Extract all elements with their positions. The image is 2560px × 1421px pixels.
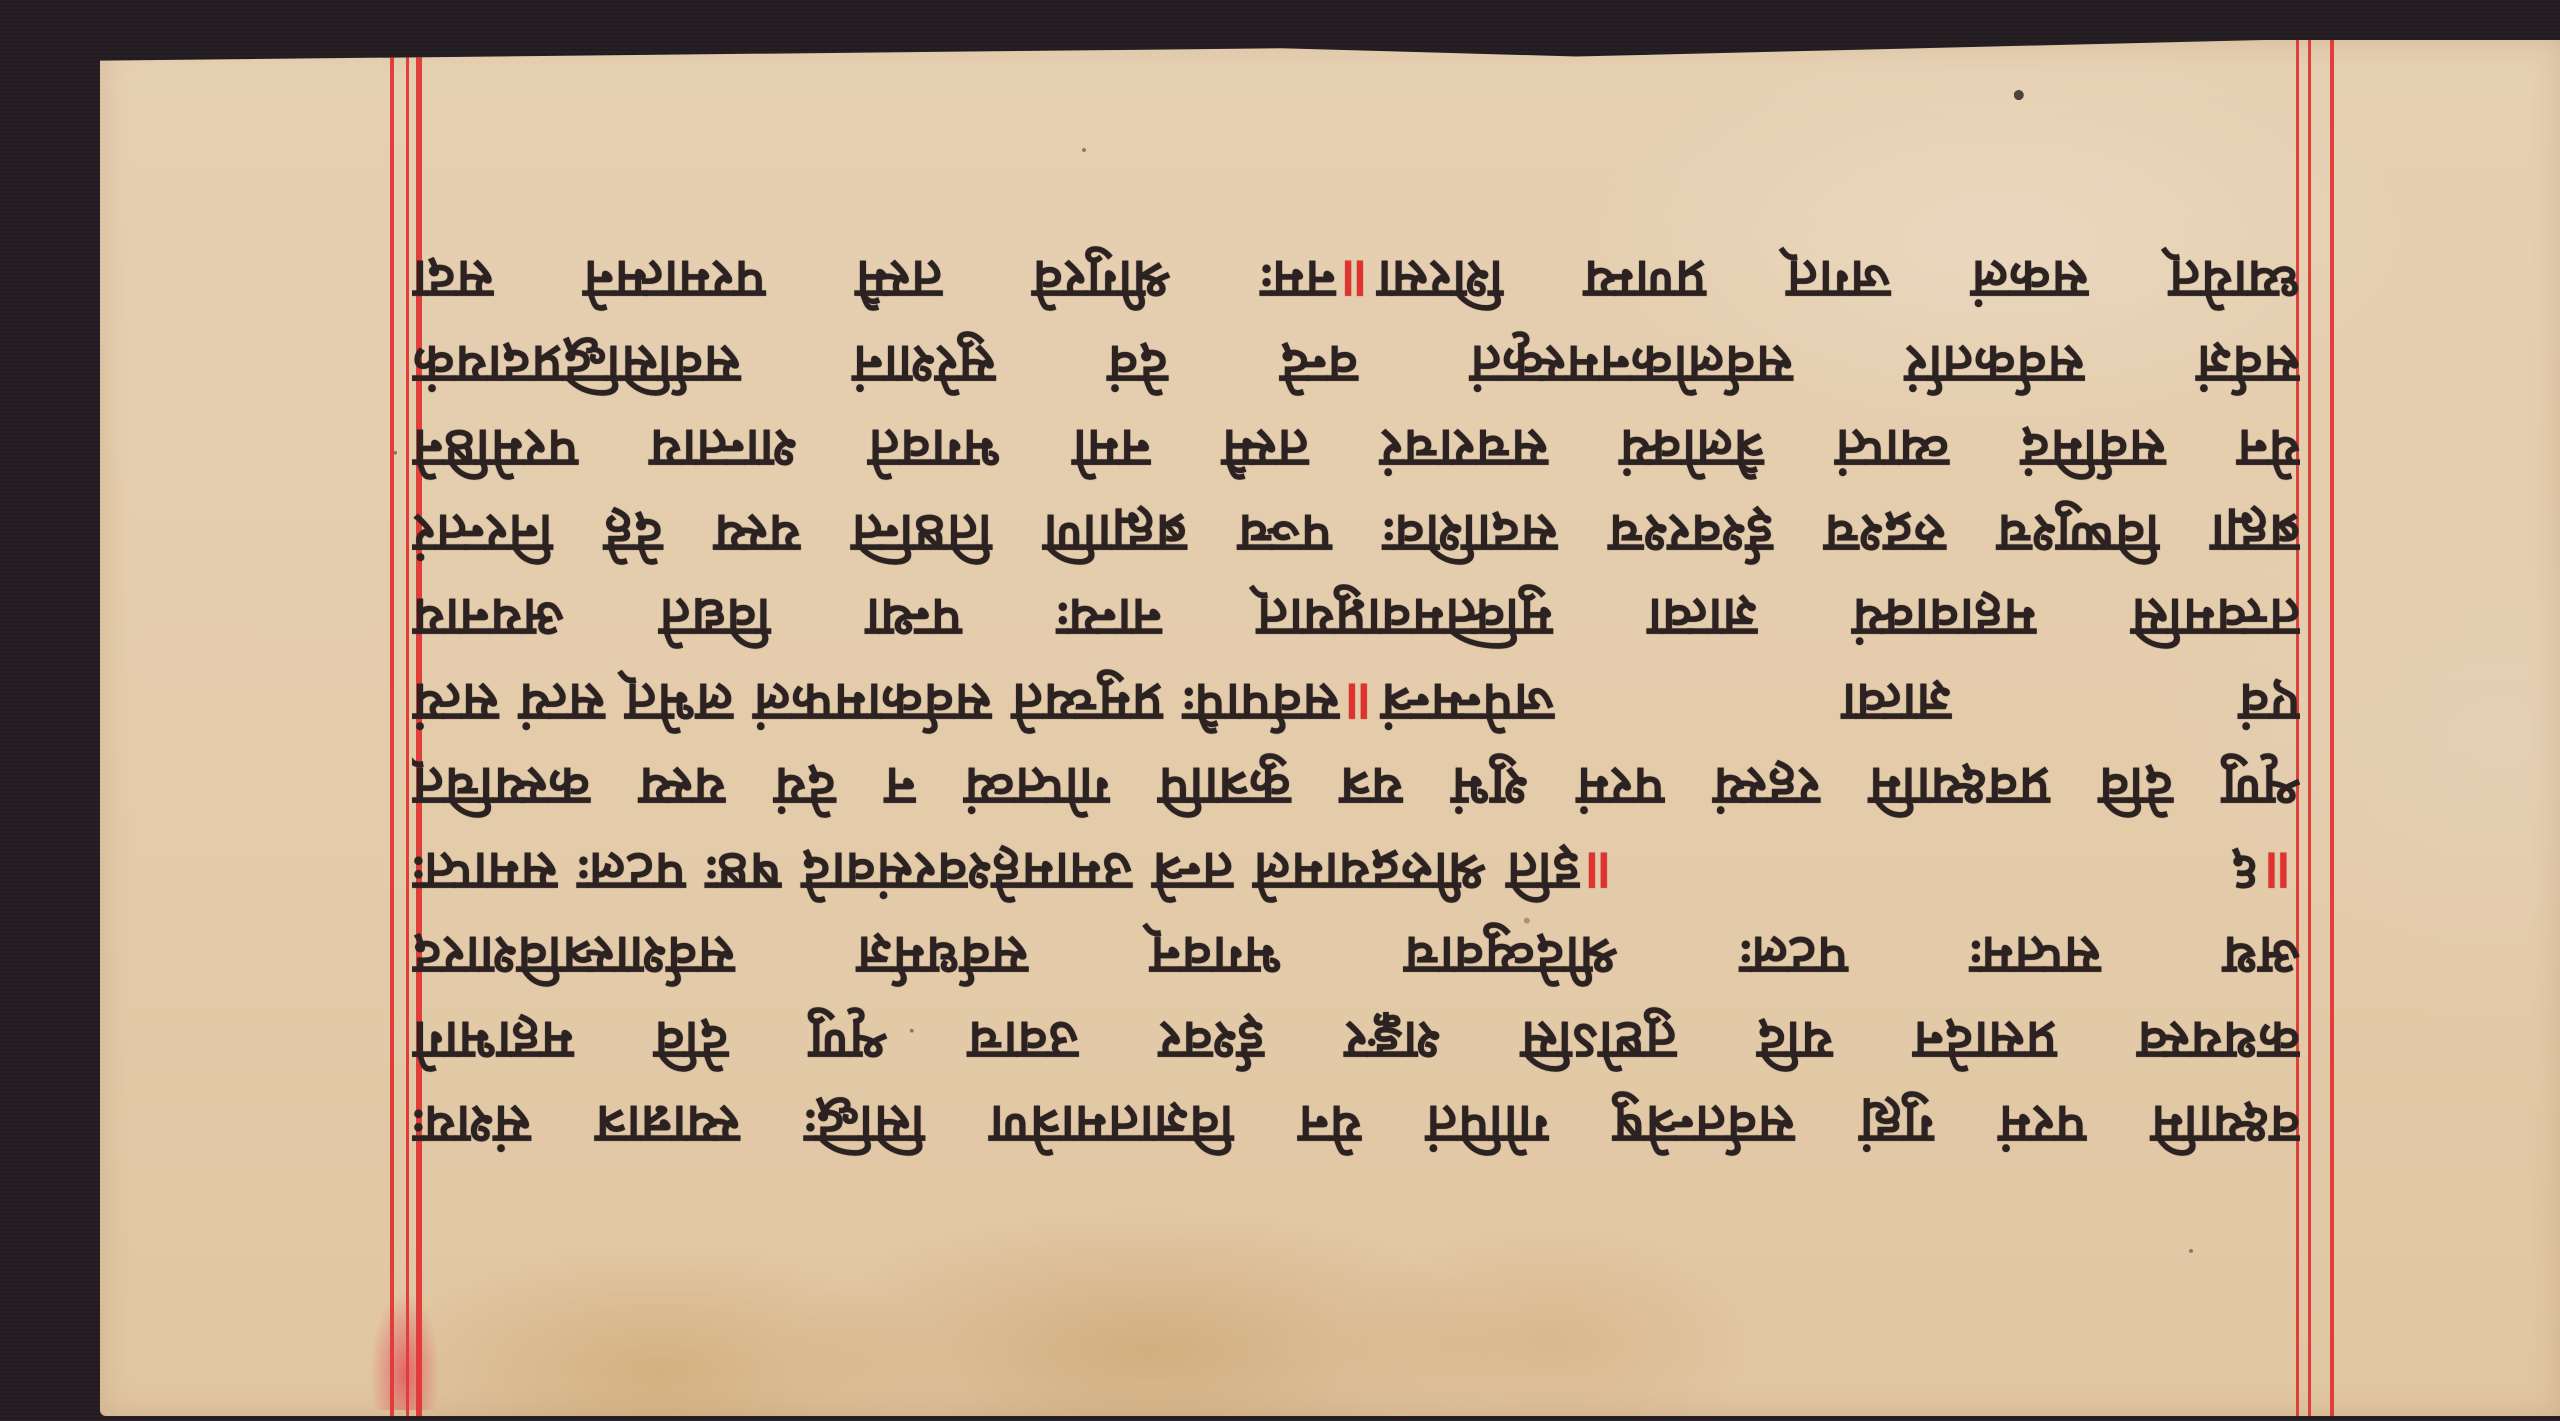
line-text: ध्यायेत् सकलं जगत् प्रणम्य शिरसा [1377,245,2300,319]
manuscript-text-block: ध्यायेत् सकलं जगत् प्रणम्य शिरसा॥नमः श्र… [412,240,2300,1170]
manuscript-line: ध्यायेत् सकलं जगत् प्रणम्य शिरसा॥नमः श्र… [412,240,2300,325]
left-red-rule-1 [390,40,394,1416]
manuscript-line: ब्रह्मा विष्णुश्च रुद्रश्च ईश्वरश्च सदाश… [412,494,2300,579]
manuscript-line: ॥६॥इति श्रीरुद्रयामले तन्त्रे उमामहेश्वर… [412,832,2300,917]
manuscript-line: येन सर्वमिदं व्याप्तं त्रैलोक्यं सचराचरं… [412,409,2300,494]
manuscript-line: सर्वज्ञं सर्वकर्तारं सर्वलोकनमस्कृतं वन्… [412,325,2300,410]
line-text: ब्रह्मा विष्णुश्च रुद्रश्च ईश्वरश्च सदाश… [412,499,2300,573]
manuscript-line: शृणु देवि प्रवक्ष्यामि रहस्यं परमं शुभं … [412,747,2300,832]
line-text: कथयस्व प्रसादेन यदि तुष्टोऽसि शङ्कर ईश्व… [412,1006,2300,1080]
left-red-rule-2 [406,40,409,1416]
right-red-rule-2 [2308,40,2311,1416]
line-text: सर्वज्ञं सर्वकर्तारं सर्वलोकनमस्कृतं वन्… [412,330,2300,404]
line-text: अथ सप्तमः पटलः श्रीदेव्युवाच भगवन् सर्वध… [412,921,2300,995]
line-text: नमः श्रीगुरवे तस्मै परमात्मने सदा [412,245,1335,319]
manuscript-line: कथयस्व प्रसादेन यदि तुष्टोऽसि शङ्कर ईश्व… [412,1001,2300,1086]
manuscript-line: अथ सप्तमः पटलः श्रीदेव्युवाच भगवन् सर्वध… [412,916,2300,1001]
red-danda-mark: ॥ [1579,837,1620,911]
red-danda-mark: ॥ [2259,837,2300,911]
line-text: येन सर्वमिदं व्याप्तं त्रैलोक्यं सचराचरं… [412,414,2300,488]
line-text: शृणु देवि प्रवक्ष्यामि रहस्यं परमं शुभं … [412,752,2300,826]
red-danda-mark: ॥ [1339,668,1380,742]
manuscript-line: एवं ज्ञात्वा जपेन्मन्त्रं॥सर्वपापैः प्रम… [412,663,2300,748]
manuscript-folio: ध्यायेत् सकलं जगत् प्रणम्य शिरसा॥नमः श्र… [100,40,2560,1416]
line-text: तत्त्वमसि महावाक्यं ज्ञात्वा मुक्तिमवाप्… [412,583,2300,657]
red-danda-mark: ॥ [1335,245,1376,319]
right-red-rule-3 [2330,40,2334,1416]
line-text: इति श्रीरुद्रयामले तन्त्रे उमामहेश्वरसंव… [412,837,1579,911]
line-text: ६ [1621,837,2259,911]
manuscript-line: तत्त्वमसि महावाक्यं ज्ञात्वा मुक्तिमवाप्… [412,578,2300,663]
line-text: सर्वपापैः प्रमुच्यते सर्वकामफलं लभेत् सत… [412,668,1339,742]
line-text: वक्ष्यामि परमं गुह्यं सर्वतन्त्रेषु गोपि… [412,1090,2300,1164]
line-text: एवं ज्ञात्वा जपेन्मन्त्रं [1380,668,2300,742]
red-ink-smudge [370,1290,440,1410]
manuscript-line: वक्ष्यामि परमं गुह्यं सर्वतन्त्रेषु गोपि… [412,1085,2300,1170]
